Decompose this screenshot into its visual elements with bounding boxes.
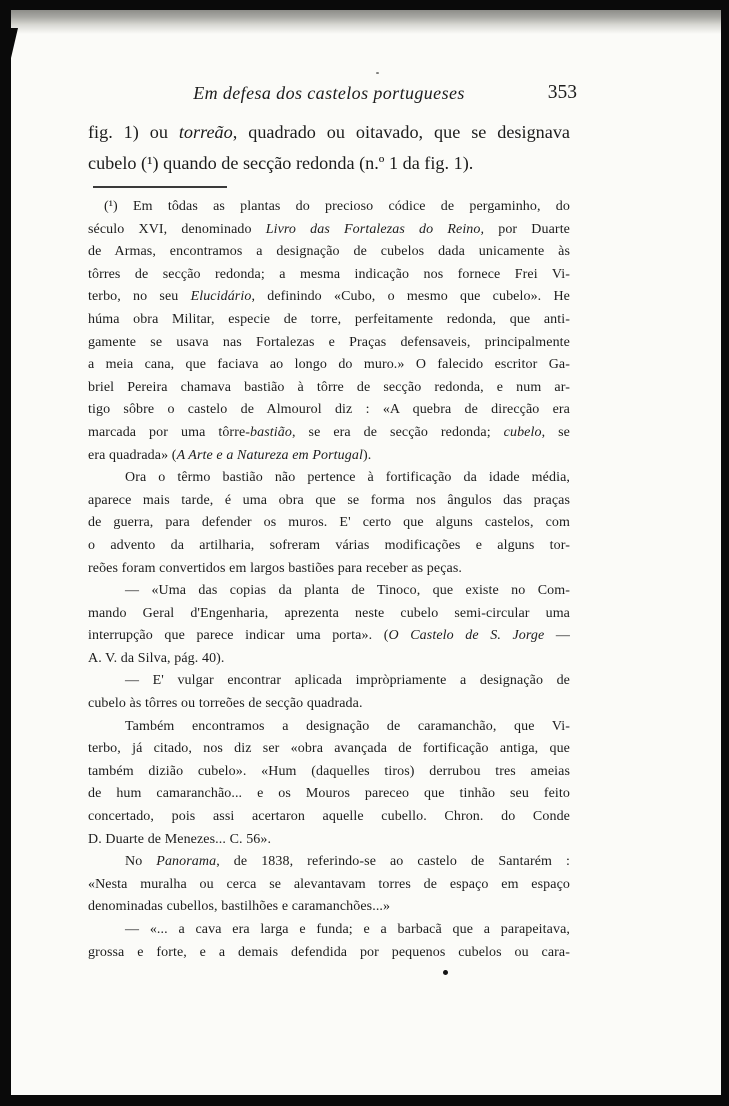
text-line: também dizião cubelo». «Hum (daquelles t… <box>88 761 570 784</box>
text-line: o advento da artilharia, sofreram várias… <box>88 535 570 558</box>
text-line: denominadas cubellos, bastilhões e caram… <box>88 896 570 919</box>
text-line: grossa e forte, e a demais defendida por… <box>88 942 570 965</box>
text-line: século XVI, denominado Livro das Fortale… <box>88 219 570 242</box>
footnote-text: (¹) Em tôdas as plantas do precioso códi… <box>88 196 570 964</box>
running-header: Em defesa dos castelos portugueses 353 <box>88 80 570 106</box>
page-paper: Em defesa dos castelos portugueses 353 f… <box>11 10 721 1095</box>
text-line: interrupção que parece indicar uma porta… <box>88 625 570 648</box>
text-line: (¹) Em tôdas as plantas do precioso códi… <box>88 196 570 219</box>
text-line: Também encontramos a designação de caram… <box>88 716 570 739</box>
ink-dot-artifact <box>443 970 448 975</box>
text-line: marcada por uma tôrre-bastião, se era de… <box>88 422 570 445</box>
text-line: «Nesta muralha ou cerca se alevantavam t… <box>88 874 570 897</box>
text-line: cubelo às tôrres ou torreões de secção q… <box>88 693 570 716</box>
scan-speck <box>376 72 379 74</box>
text-line: era quadrada» (A Arte e a Natureza em Po… <box>88 445 570 468</box>
text-line: — «Uma das copias da planta de Tinoco, q… <box>88 580 570 603</box>
text-line: a meia cana, que faciava ao longo do mur… <box>88 354 570 377</box>
text-line: D. Duarte de Menezes... C. 56». <box>88 829 570 852</box>
page-top-edge <box>11 10 721 34</box>
text-line: de Armas, encontramos a designação de cu… <box>88 241 570 264</box>
footnote-separator <box>93 186 227 188</box>
text-line: de guerra, para defender os muros. E' ce… <box>88 512 570 535</box>
text-line: — E' vulgar encontrar aplicada impròpria… <box>88 670 570 693</box>
text-line: — «... a cava era larga e funda; e a bar… <box>88 919 570 942</box>
text-line: briel Pereira chamava bastião à tôrre de… <box>88 377 570 400</box>
text-line: reões foram convertidos em largos bastiõ… <box>88 558 570 581</box>
text-line: A. V. da Silva, pág. 40). <box>88 648 570 671</box>
text-line: terbo, no seu Elucidário, definindo «Cub… <box>88 286 570 309</box>
text-line: de hum camaranchão... e os Mouros parece… <box>88 783 570 806</box>
text-line: gamente se usava nas Fortalezas e Praças… <box>88 332 570 355</box>
page-corner-shadow <box>11 28 18 58</box>
text-line: Ora o têrmo bastião não pertence à forti… <box>88 467 570 490</box>
text-line: mando Geral d'Engenharia, aprezenta nest… <box>88 603 570 626</box>
scanned-book-page: Em defesa dos castelos portugueses 353 f… <box>0 0 729 1106</box>
text-line: húma obra Militar, especie de torre, per… <box>88 309 570 332</box>
text-line: No Panorama, de 1838, referindo-se ao ca… <box>88 851 570 874</box>
text-line: cubelo (¹) quando de secção redonda (n.º… <box>88 148 570 179</box>
text-line: tigo sôbre o castelo de Almourol diz : «… <box>88 399 570 422</box>
text-line: fig. 1) ou torreão, quadrado ou oitavado… <box>88 117 570 148</box>
text-line: tôrres de secção redonda; a mesma indica… <box>88 264 570 287</box>
page-title: Em defesa dos castelos portugueses <box>88 80 570 106</box>
text-line: concertado, pois assi acertaron aquelle … <box>88 806 570 829</box>
page-number: 353 <box>548 80 577 106</box>
text-line: aparece mais tarde, é uma obra que se fo… <box>88 490 570 513</box>
text-line: terbo, já citado, nos diz ser «obra avan… <box>88 738 570 761</box>
main-text: fig. 1) ou torreão, quadrado ou oitavado… <box>88 117 570 179</box>
